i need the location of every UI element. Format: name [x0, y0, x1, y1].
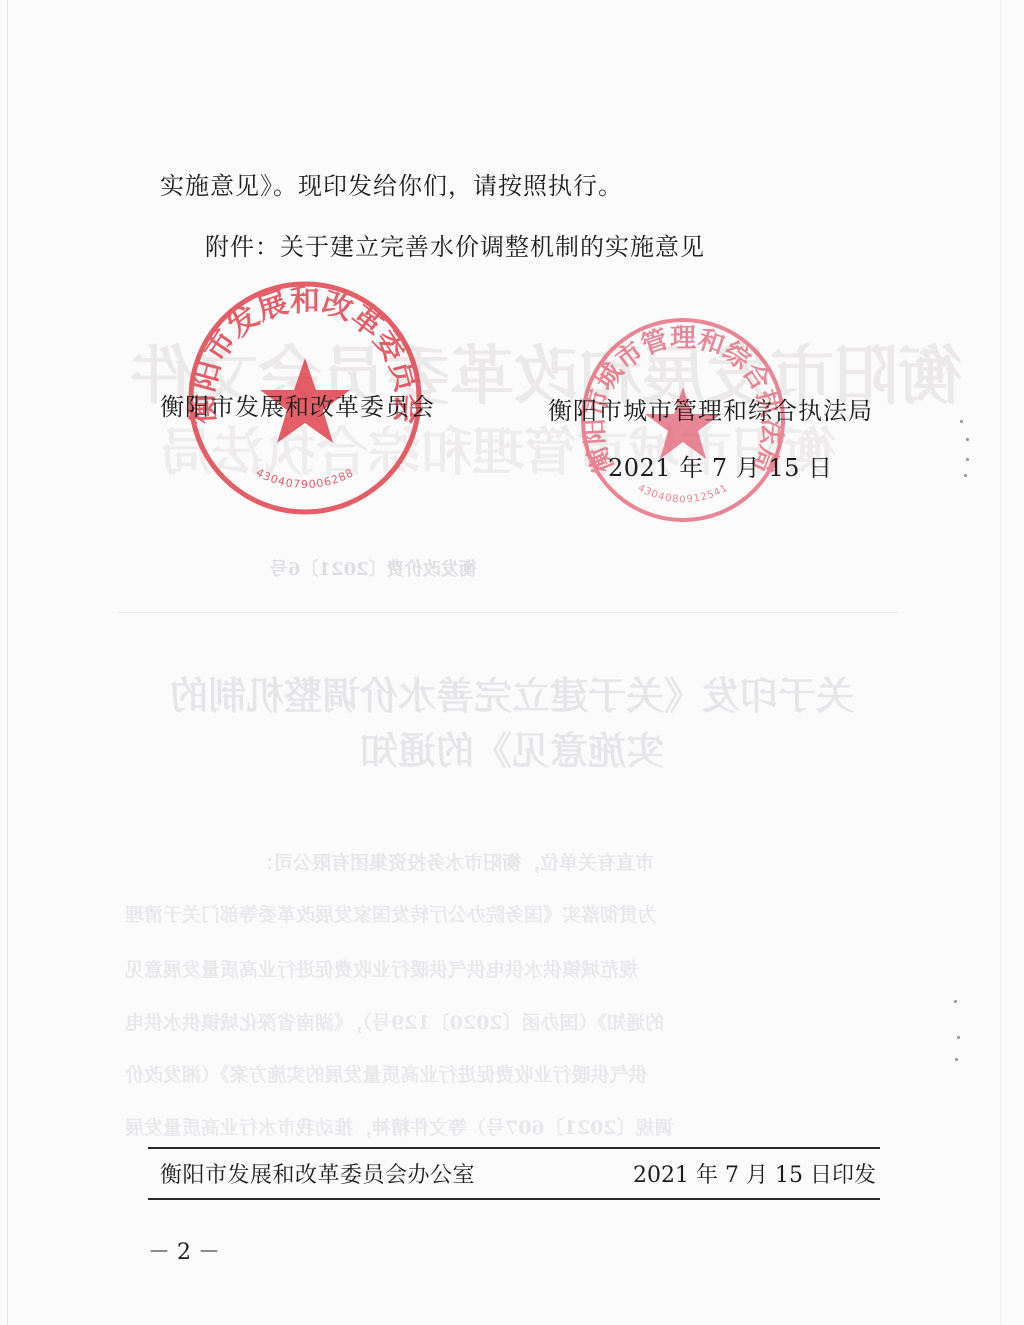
binding-mark: [966, 458, 969, 461]
binding-mark: [964, 474, 967, 477]
binding-mark: [955, 1058, 958, 1061]
footer-rule-top: [148, 1147, 880, 1149]
footer-rule-bottom: [148, 1198, 880, 1200]
scan-edge-right: [1000, 0, 1001, 1325]
binding-mark: [957, 1036, 960, 1039]
seal-serial: 4304079006288: [254, 466, 356, 491]
page-number: － 2 －: [148, 1235, 220, 1266]
signatory-cmle: 衡阳市城市管理和综合执法局: [548, 391, 873, 426]
svg-text:4304080912541: 4304080912541: [636, 483, 730, 506]
bleed-title-2: 实施意见》的通知: [360, 720, 664, 775]
attachment-line: 附件：关于建立完善水价调整机制的实施意见: [205, 227, 705, 262]
bleed-body-line: 规范城镇供水供电供气供暖行业收费促进行业高质量发展意见: [125, 955, 638, 982]
bleed-body-line: 的通知》（国办函〔2020〕129号），《湖南省深化城镇供水供电: [125, 1008, 664, 1035]
seal-serial: 4304080912541: [636, 483, 730, 506]
signing-date: 2021 年 7 月 15 日: [608, 448, 833, 483]
issuer-office: 衡阳市发展和改革委员会办公室: [160, 1158, 475, 1189]
svg-text:4304079006288: 4304079006288: [254, 466, 356, 491]
bleed-body-line: 供气供暖行业收费促进行业高质量发展的实施方案》（湘发改价: [125, 1060, 648, 1087]
binding-mark: [966, 438, 969, 441]
bleed-body-line: 调规〔2021〕607号）等文件精神，推动我市水行业高质量发展: [125, 1113, 674, 1140]
bleed-doc-number: 衡发改价费〔2021〕6号: [270, 555, 477, 581]
body-text: 实施意见》。现印发给你们，请按照执行。: [160, 166, 623, 201]
bleed-body-line: 市直有关单位，衡阳市水务投资集团有限公司：: [255, 848, 654, 875]
binding-mark: [960, 420, 963, 423]
bleed-title-1: 关于印发《关于建立完善水价调整机制的: [170, 665, 854, 720]
bleed-body-line: 为贯彻落实《国务院办公厅转发国家发展改革委等部门关于清理: [125, 900, 657, 927]
issue-date: 2021 年 7 月 15 日印发: [633, 1158, 876, 1189]
signatory-drc: 衡阳市发展和改革委员会: [160, 387, 435, 422]
scan-edge-left: [7, 0, 8, 1325]
binding-mark: [954, 1000, 957, 1003]
bleed-divider: [118, 612, 898, 613]
